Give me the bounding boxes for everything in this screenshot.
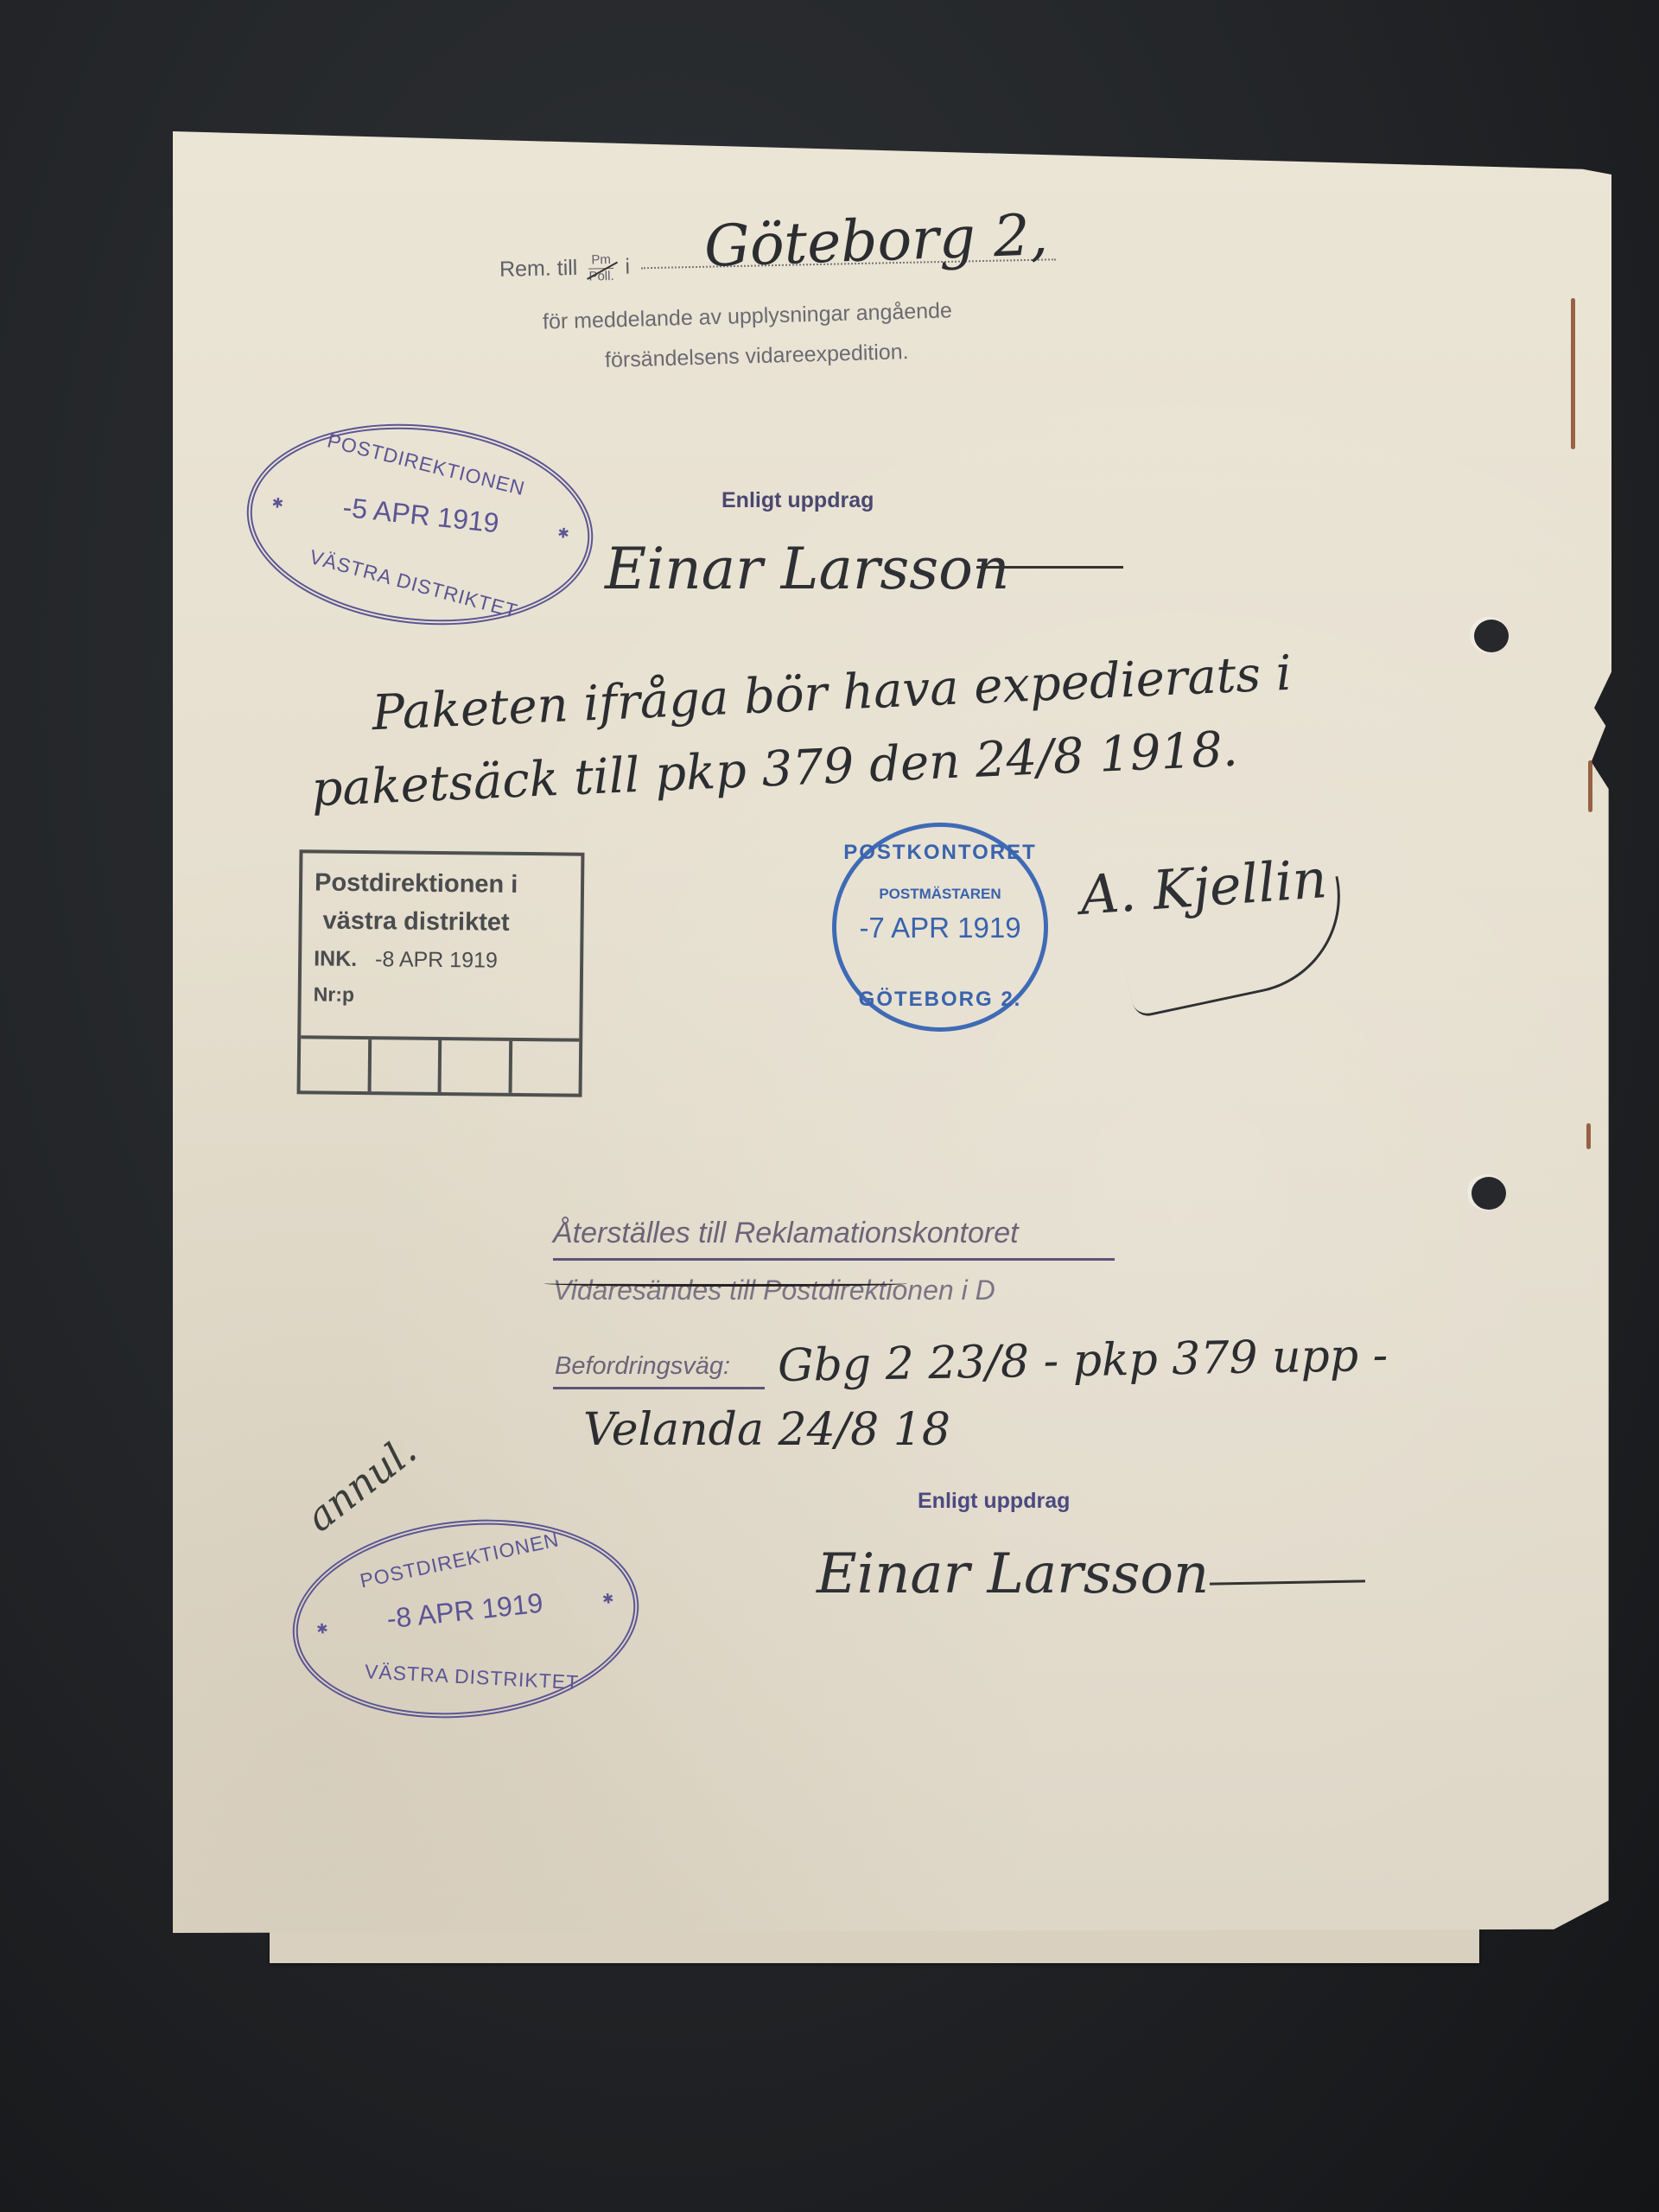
rust-stain (1571, 298, 1575, 449)
remit-fraction: Pm Poll. (588, 252, 614, 285)
signature-einar-2: Einar Larsson (817, 1542, 1209, 1606)
underline (553, 1387, 765, 1389)
box-stamp-line-2: västra distriktet (322, 907, 509, 938)
star-icon: ✱ (601, 1590, 614, 1608)
authorization-label: Enligt uppdrag (918, 1489, 1070, 1514)
box-stamp-line-1: Postdirektionen i (315, 868, 518, 899)
forwarded-to-line-struck: Vidaresändes till Postdirektionen i D (553, 1274, 995, 1306)
remit-prefix: Rem. till (499, 256, 578, 282)
rust-stain (1586, 1123, 1591, 1149)
remit-i: i (625, 255, 630, 279)
strike-through (544, 1281, 907, 1287)
box-stamp-number-label: Nr:p (314, 982, 355, 1006)
stamp-bottom-text: GÖTEBORG 2. (836, 988, 1044, 1012)
signature-einar-1: Einar Larsson (605, 536, 1009, 602)
handwritten-destination: Göteborg 2, (703, 201, 1049, 280)
box-stamp-line-3: INK. -8 APR 1919 (314, 946, 498, 973)
authorization-label: Enligt uppdrag (721, 488, 874, 513)
punch-hole (1471, 1177, 1506, 1210)
stamp-date: -7 APR 1919 (836, 912, 1044, 944)
punch-hole (1474, 620, 1509, 652)
box-stamp-cells (301, 1035, 580, 1093)
ink-prefix: INK. (314, 946, 357, 971)
return-to-claims-office: Återställes till Reklamationskontoret (553, 1217, 1019, 1250)
received-box-stamp: Postdirektionen i västra distriktet INK.… (297, 849, 585, 1096)
route-handwritten-line-2: Velanda 24/8 18 (583, 1404, 950, 1456)
box-stamp-date: -8 APR 1919 (375, 947, 498, 972)
stamp-sub-text: POSTMÄSTAREN (836, 886, 1044, 903)
route-label: Befordringsväg: (555, 1352, 730, 1381)
signature-flourish (976, 566, 1123, 569)
star-icon: ✱ (556, 524, 569, 543)
postkontoret-stamp: POSTKONTORET POSTMÄSTAREN -7 APR 1919 GÖ… (832, 823, 1048, 1032)
stamp-top-text: POSTKONTORET (836, 841, 1044, 865)
stamp-bottom-text: VÄSTRA DISTRIKTET (303, 1656, 641, 1697)
rust-stain (1588, 760, 1592, 812)
route-handwritten-line-1: Gbg 2 23/8 - pkp 379 upp - (778, 1330, 1389, 1392)
underline (553, 1258, 1115, 1261)
